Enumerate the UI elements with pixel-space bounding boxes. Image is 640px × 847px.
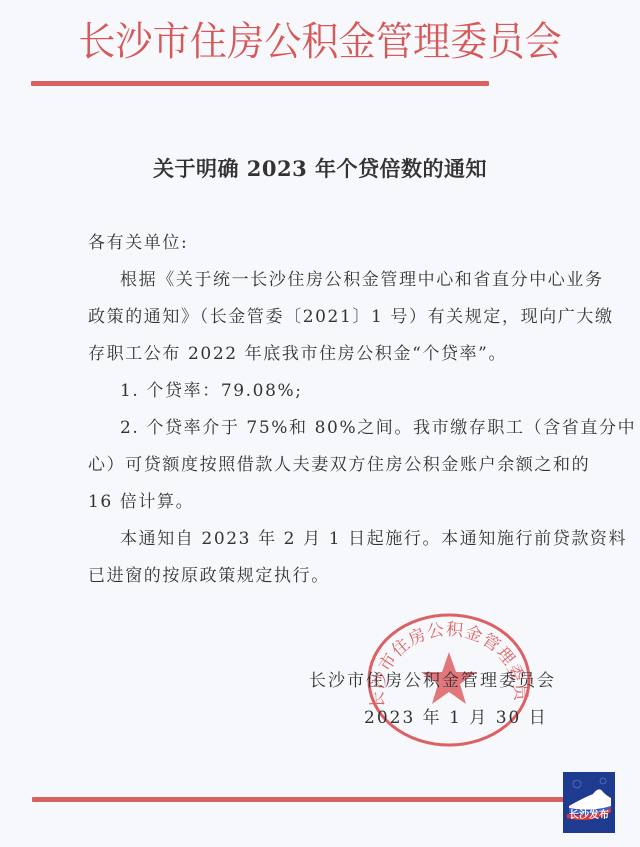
signature-date: 2023 年 1 月 30 日 (364, 703, 548, 728)
item2-line3: 16 倍计算。 (88, 487, 194, 512)
footer-red-rule (32, 797, 572, 802)
logo-graphic-icon (563, 772, 615, 833)
effective-line1: 本通知自 2023 年 2 月 1 日起施行。本通知施行前贷款资料 (120, 524, 627, 549)
issuer-letterhead-title: 长沙市住房公积金管理委员会 (22, 10, 617, 67)
changsha-fabu-watermark-logo: 长沙发布 (563, 772, 615, 833)
document-title: 关于明确 2023 年个贷倍数的通知 (0, 153, 640, 183)
item2-line2: 心）可贷额度按照借款人夫妻双方住房公积金账户余额之和的 (88, 450, 590, 475)
signature-issuer: 长沙市住房公积金管理委员会 (309, 666, 556, 691)
logo-text: 长沙发布 (563, 806, 615, 821)
item2-line1: 2. 个贷率介于 75%和 80%之间。我市缴存职工（含省直分中 (120, 413, 636, 438)
salutation: 各有关单位: (88, 228, 188, 253)
paragraph1-line2: 政策的通知》（长金管委〔2021〕1 号）有关规定，现向广大缴 (88, 302, 614, 327)
effective-line2: 已进窗的按原政策规定执行。 (88, 561, 330, 586)
paragraph1-line1: 根据《关于统一长沙住房公积金管理中心和省直分中心业务 (120, 265, 604, 290)
paragraph1-line3: 存职工公布 2022 年底我市住房公积金“个贷率”。 (88, 339, 507, 364)
item1-loan-rate: 1. 个贷率：79.08%; (120, 376, 303, 401)
letterhead-red-rule (31, 81, 489, 86)
